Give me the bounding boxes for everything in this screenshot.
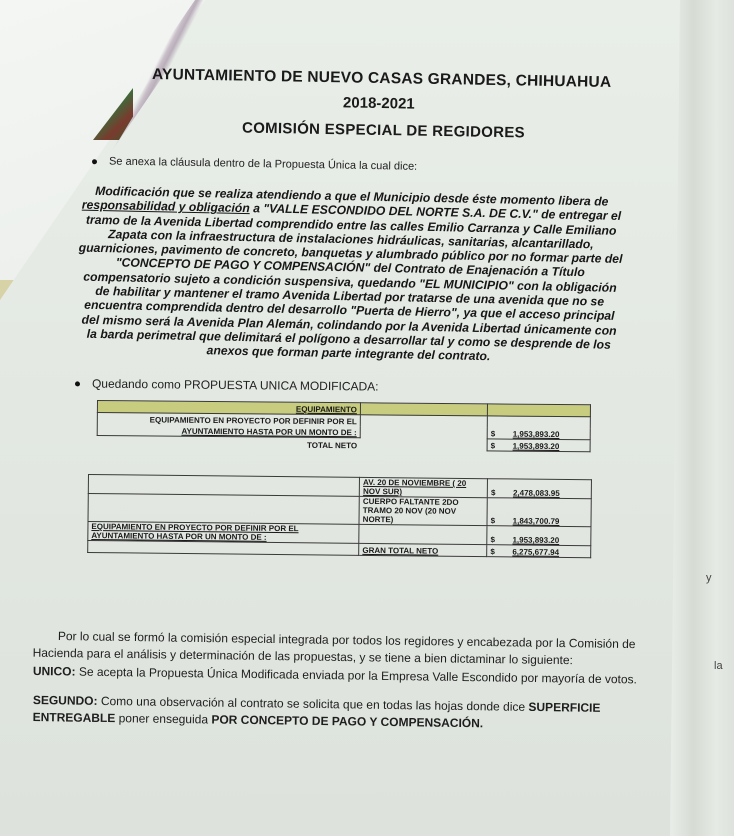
table-cell-amount: $1,953,893.20 <box>487 526 591 546</box>
table-cell-amount: $1,843,700.79 <box>487 498 591 527</box>
table-cell-total-amount: $6,275,677.94 <box>487 545 591 558</box>
resolution-bold-text: SUPERFICIE <box>528 700 600 715</box>
table-cell-label: EQUIPAMIENTO EN PROYECTO POR DEFINIR POR… <box>88 522 359 544</box>
bullet-text: Se anexa la cláusula dentro de la Propue… <box>109 155 417 172</box>
table-cell-total-label: TOTAL NETO <box>97 436 360 450</box>
resolution-label: UNICO: <box>33 664 76 679</box>
resolution-segundo: SEGUNDO: Como una observación al contrat… <box>33 692 601 734</box>
bullet-annex-clause: Se anexa la cláusula dentro de la Propue… <box>92 155 417 173</box>
currency-symbol: $ <box>491 429 513 438</box>
currency-symbol: $ <box>490 535 512 544</box>
amount-value: 6,275,677.94 <box>512 547 559 556</box>
amount-value: 1,843,700.79 <box>513 516 560 525</box>
table-header-cell <box>360 403 487 416</box>
bullet-text: Quedando como PROPUESTA UNICA MODIFICADA… <box>92 377 379 394</box>
underlying-page-text: la <box>714 660 723 672</box>
table-cell-amount: $2,478,083.95 <box>487 479 591 499</box>
table-cell-concept: CUERPO FALTANTE 2DO TRAMO 20 NOV (20 NOV… <box>359 496 487 525</box>
amount-value: 1,953,893.20 <box>513 430 560 439</box>
resolution-label: SEGUNDO: <box>33 693 98 708</box>
table-cell-empty <box>360 438 487 451</box>
table-cell-concept <box>359 524 487 544</box>
grand-total-table: AV. 20 DE NOVIEMBRE ( 20 NOV SUR) $2,478… <box>87 474 592 558</box>
bullet-modified-proposal: Quedando como PROPUESTA UNICA MODIFICADA… <box>75 376 379 393</box>
table-cell-empty <box>88 541 359 556</box>
underlying-page-text: y <box>706 572 712 584</box>
table-cell-total-label: GRAN TOTAL NETO <box>359 543 487 556</box>
resolution-bold-text: ENTREGABLE <box>33 710 116 725</box>
currency-symbol: $ <box>491 441 513 450</box>
table-cell-label <box>88 494 359 525</box>
equipment-table: EQUIPAMIENTO EQUIPAMIENTO EN PROYECTO PO… <box>97 400 591 452</box>
currency-symbol: $ <box>490 547 512 556</box>
table-header-cell <box>487 404 590 417</box>
amount-value: 1,953,893.20 <box>513 442 560 451</box>
clause-block: Modificación que se realiza atendiendo a… <box>48 183 651 367</box>
resolution-bold-text: POR CONCEPTO DE PAGO Y COMPENSACIÓN. <box>211 712 483 730</box>
bullet-icon <box>75 382 80 387</box>
table-cell-empty <box>487 416 590 428</box>
document-period: 2018-2021 <box>343 94 415 112</box>
resolution-text: poner enseguida <box>115 711 211 726</box>
document-title: AYUNTAMIENTO DE NUEVO CASAS GRANDES, CHI… <box>152 66 612 92</box>
document-subtitle: COMISIÓN ESPECIAL DE REGIDORES <box>242 120 525 142</box>
table-cell-amount: $1,953,893.20 <box>487 427 590 439</box>
amount-value: 1,953,893.20 <box>512 535 559 544</box>
document-content: AYUNTAMIENTO DE NUEVO CASAS GRANDES, CHI… <box>0 0 680 836</box>
label-text: EQUIPAMIENTO EN PROYECTO POR DEFINIR POR… <box>150 415 357 426</box>
currency-symbol: $ <box>491 488 513 497</box>
currency-symbol: $ <box>491 516 513 525</box>
amount-value: 2,478,083.95 <box>513 488 560 497</box>
table-cell-total-amount: $1,953,893.20 <box>487 439 590 452</box>
table-cell-concept: AV. 20 DE NOVIEMBRE ( 20 NOV SUR) <box>359 477 487 497</box>
bullet-icon <box>92 159 97 164</box>
